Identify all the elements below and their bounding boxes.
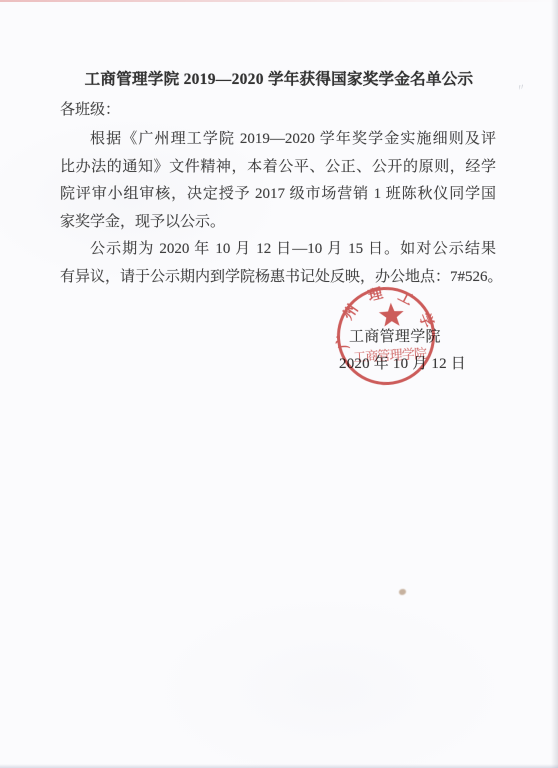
- seal-star-icon: [378, 302, 404, 327]
- document-page: 〃 工商管理学院 2019—2020 学年获得国家奖学金名单公示 各班级： 根据…: [0, 0, 558, 768]
- body-line: 院评审小组审核，决定授予 2017 级市场营销 1 班陈秋仪同学国: [60, 181, 496, 209]
- body-line: 根据《广州理工学院 2019—2020 学年奖学金实施细则及评: [60, 126, 496, 154]
- salutation: 各班级：: [60, 98, 120, 119]
- svg-text:广州理工学院: 广州理工学院: [323, 273, 439, 351]
- document-body: 根据《广州理工学院 2019—2020 学年奖学金实施细则及评 比办法的通知》文…: [60, 126, 496, 291]
- scan-edge-right: [551, 0, 558, 768]
- ink-speck: [399, 589, 406, 595]
- seal-inner-text: 工商管理学院: [353, 346, 428, 365]
- scan-edge-bottom: [0, 764, 558, 768]
- body-line: 比办法的通知》文件精神，本着公平、公正、公开的原则，经学: [60, 154, 496, 182]
- body-line: 公示期为 2020 年 10 月 12 日—10 月 15 日。如对公示结果: [60, 236, 496, 264]
- official-seal: 广州理工学院 工商管理学院: [323, 273, 449, 399]
- scan-edge-top: [0, 0, 558, 2]
- body-line: 家奖学金，现予以公示。: [60, 209, 496, 237]
- seal-ring-text: 广州理工学院: [323, 273, 439, 351]
- document-title: 工商管理学院 2019—2020 学年获得国家奖学金名单公示: [0, 67, 558, 89]
